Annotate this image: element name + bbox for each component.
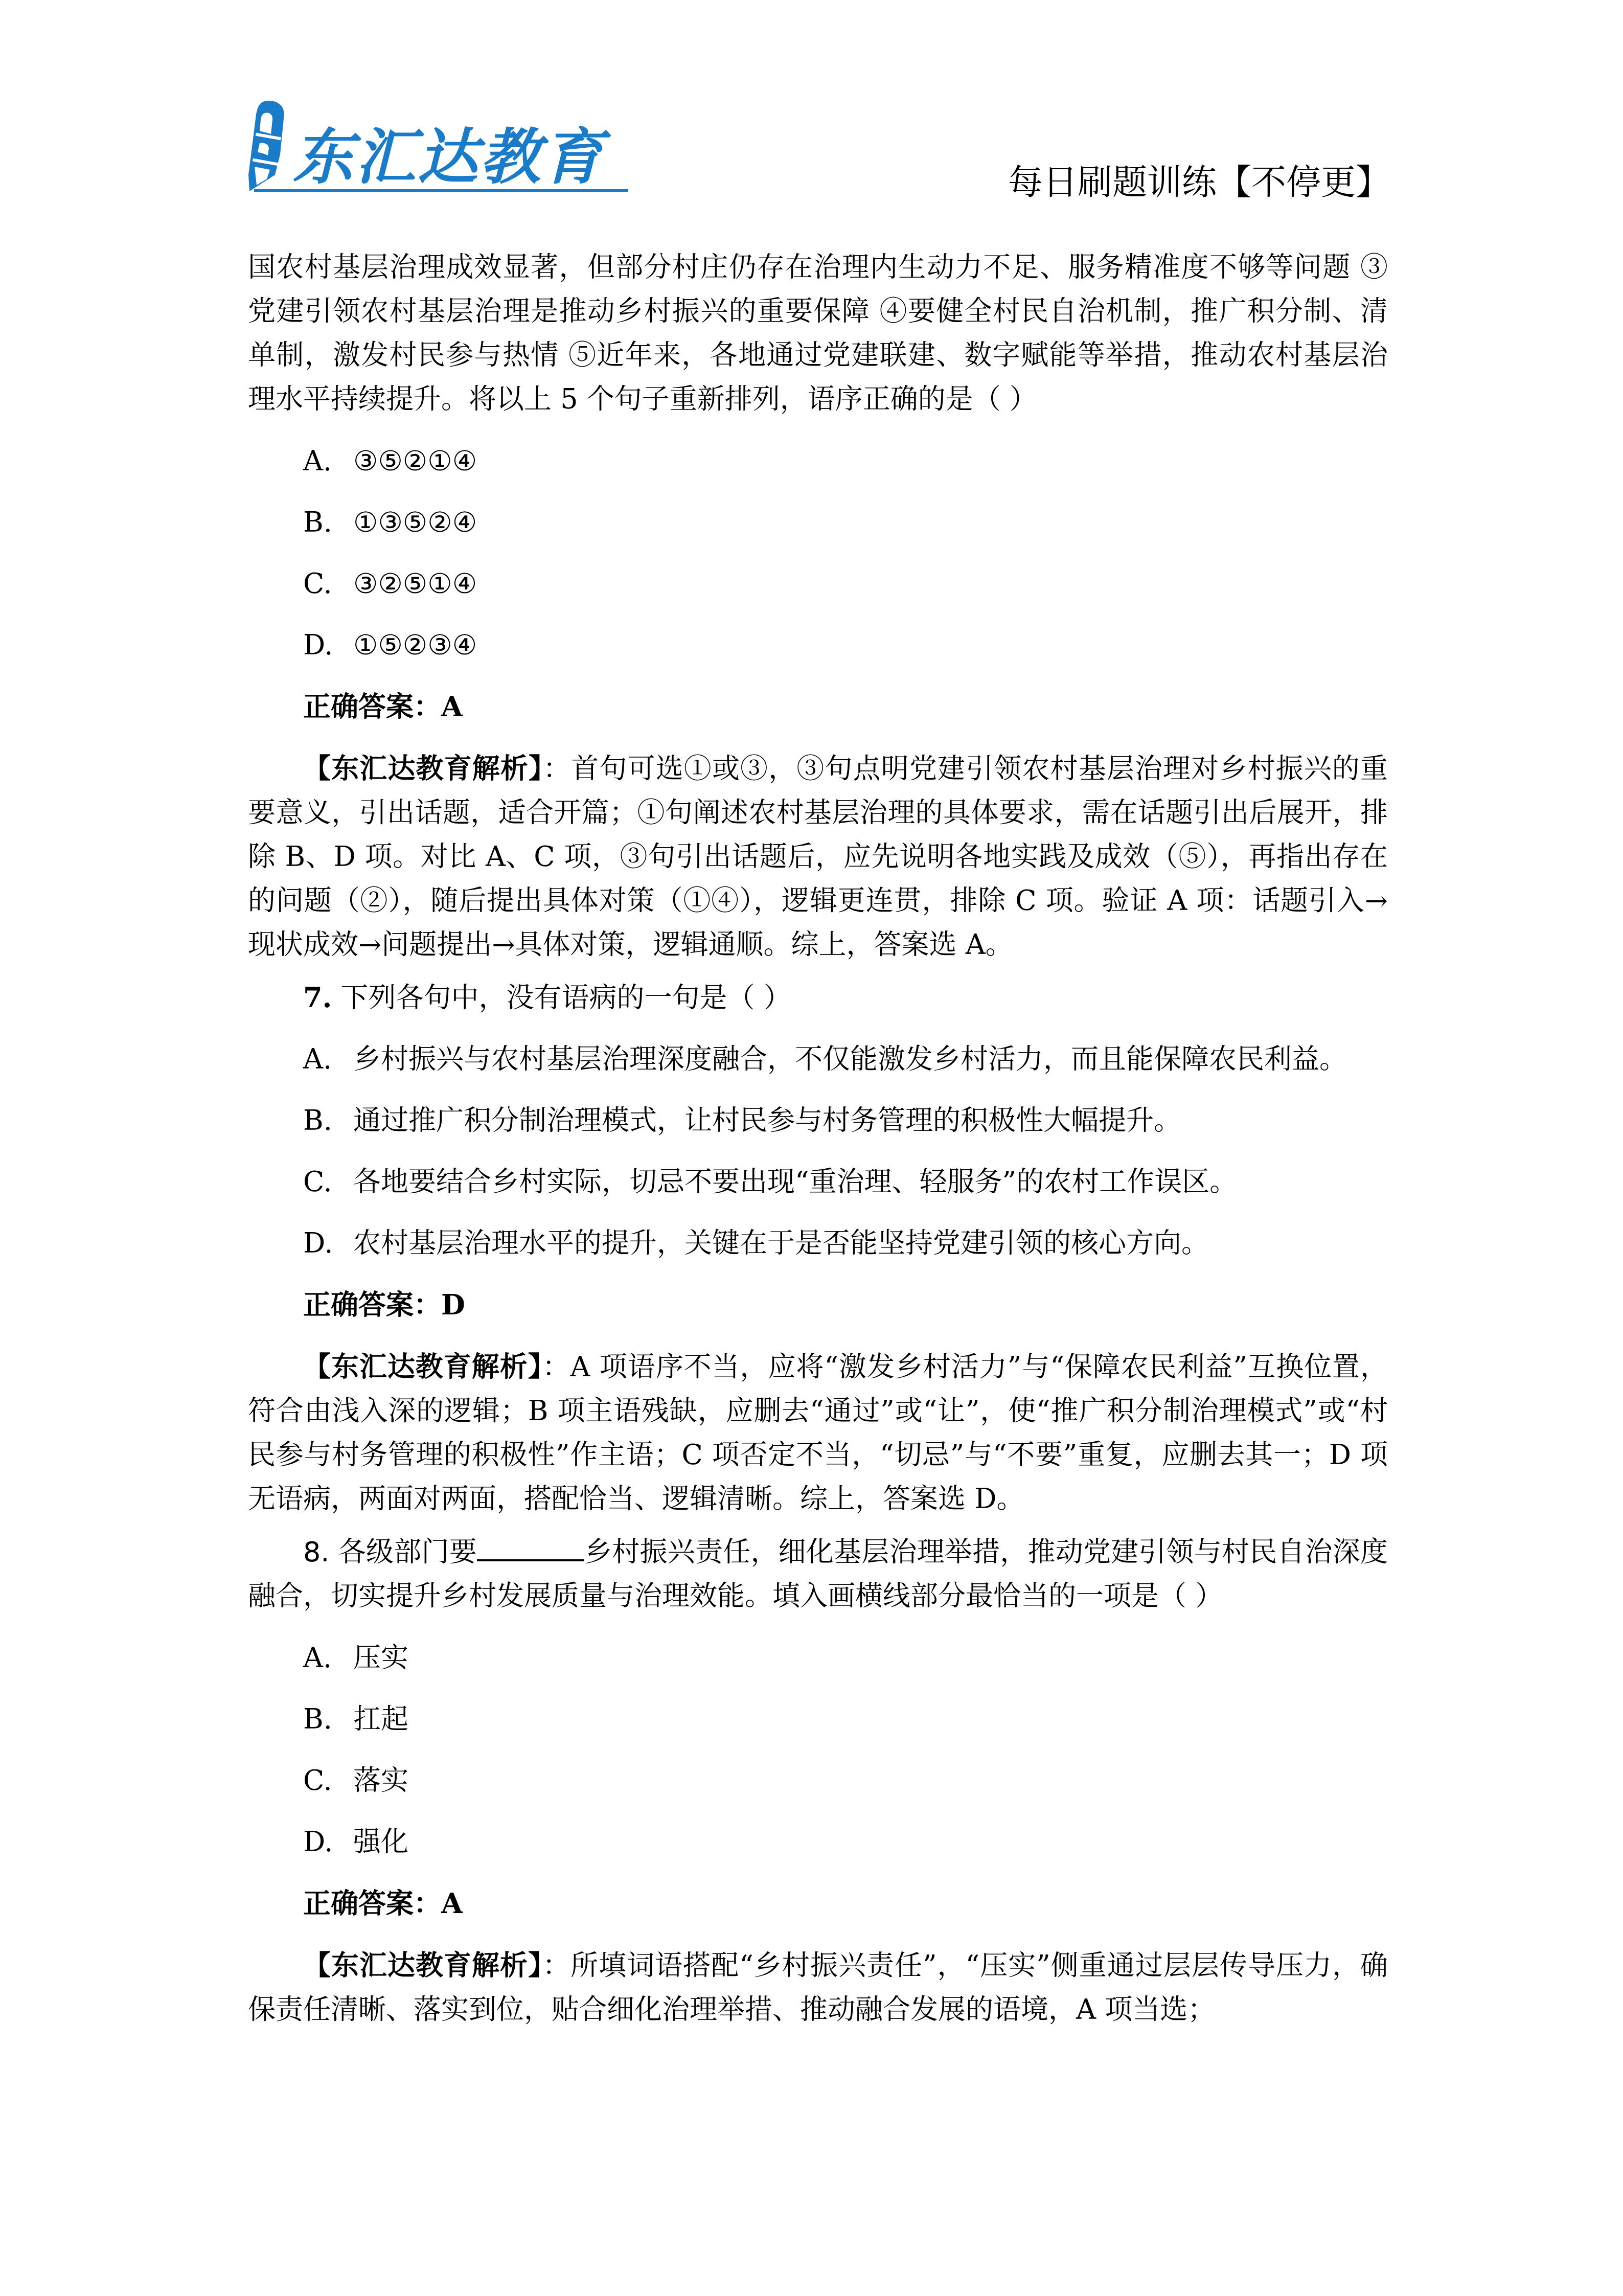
option-text: 各地要结合乡村实际，切忌不要出现“重治理、轻服务”的农村工作误区。 (353, 1166, 1237, 1198)
q8-option-b: B.扛起 (248, 1689, 1388, 1750)
document-page: 东汇达教育 每日刷题训练【不停更】 国农村基层治理成效显著，但部分村庄仍存在治理… (0, 0, 1623, 2296)
option-label: D. (303, 615, 353, 676)
option-label: A. (303, 430, 353, 492)
question-7-stem: 7. 下列各句中，没有语病的一句是（ ） (248, 967, 1388, 1029)
option-label: D. (303, 1811, 353, 1873)
logo-text: 东汇达教育 (293, 124, 605, 190)
q8-option-c: C.落实 (248, 1750, 1388, 1811)
answer-value: A (441, 690, 463, 723)
answer-value: D (441, 1288, 465, 1321)
answer-value: A (441, 1887, 463, 1920)
q7-option-a: A.乡村振兴与农村基层治理深度融合，不仅能激发乡村活力，而且能保障农民利益。 (248, 1029, 1388, 1090)
q6-option-d: D.①⑤②③④ (248, 615, 1388, 676)
fill-blank (477, 1535, 584, 1561)
option-label: D. (303, 1213, 353, 1274)
q7-option-d: D.农村基层治理水平的提升，关键在于是否能坚持党建引领的核心方向。 (248, 1213, 1388, 1274)
option-text: 通过推广积分制治理模式，让村民参与村务管理的积极性大幅提升。 (353, 1104, 1181, 1136)
option-label: B. (303, 492, 353, 553)
q8-answer: 正确答案：A (248, 1873, 1388, 1934)
option-label: B. (303, 1689, 353, 1750)
q6-answer: 正确答案：A (248, 676, 1388, 737)
q6-option-a: A.③⑤②①④ (248, 430, 1388, 492)
option-text: 乡村振兴与农村基层治理深度融合，不仅能激发乡村活力，而且能保障农民利益。 (353, 1043, 1347, 1075)
answer-label: 正确答案： (303, 690, 441, 723)
header-title: 每日刷题训练【不停更】 (1008, 163, 1390, 203)
q8-option-d: D.强化 (248, 1811, 1388, 1873)
question-8-stem: 8. 各级部门要乡村振兴责任，细化基层治理举措，推动党建引领与村民自治深度融合，… (248, 1530, 1388, 1618)
document-body: 国农村基层治理成效显著，但部分村庄仍存在治理内生动力不足、服务精准度不够等问题 … (248, 245, 1388, 2032)
q8-option-a: A.压实 (248, 1627, 1388, 1689)
option-text: 落实 (353, 1764, 408, 1797)
option-text: 压实 (353, 1642, 408, 1674)
analysis-tag: 【东汇达教育解析】 (303, 1949, 542, 1982)
question-6-stem: 国农村基层治理成效显著，但部分村庄仍存在治理内生动力不足、服务精准度不够等问题 … (248, 245, 1388, 421)
q7-analysis: 【东汇达教育解析】：A 项语序不当，应将“激发乡村活力”与“保障农民利益”互换位… (248, 1345, 1388, 1521)
q7-option-b: B.通过推广积分制治理模式，让村民参与村务管理的积极性大幅提升。 (248, 1090, 1388, 1151)
option-label: C. (303, 553, 353, 615)
option-text: ③②⑤①④ (353, 567, 477, 600)
analysis-tag: 【东汇达教育解析】 (303, 752, 543, 785)
option-label: B. (303, 1090, 353, 1151)
question-text: 下列各句中，没有语病的一句是（ ） (341, 982, 791, 1014)
option-label: C. (303, 1151, 353, 1213)
option-label: A. (303, 1627, 353, 1689)
brand-logo: 东汇达教育 (244, 98, 633, 195)
q6-option-c: C.③②⑤①④ (248, 553, 1388, 615)
logo-underline (254, 189, 628, 192)
q6-option-b: B.①③⑤②④ (248, 492, 1388, 553)
pencil-icon (244, 98, 290, 195)
option-text: 扛起 (353, 1703, 408, 1735)
answer-label: 正确答案： (303, 1887, 441, 1920)
option-label: C. (303, 1750, 353, 1811)
option-text: ①③⑤②④ (353, 506, 477, 538)
option-text: 农村基层治理水平的提升，关键在于是否能坚持党建引领的核心方向。 (353, 1227, 1209, 1259)
option-text: ①⑤②③④ (353, 629, 477, 661)
q6-analysis: 【东汇达教育解析】：首句可选①或③，③句点明党建引领农村基层治理对乡村振兴的重要… (248, 746, 1388, 967)
answer-label: 正确答案： (303, 1288, 441, 1321)
option-text: ③⑤②①④ (353, 445, 477, 477)
q7-option-c: C.各地要结合乡村实际，切忌不要出现“重治理、轻服务”的农村工作误区。 (248, 1151, 1388, 1213)
option-label: A. (303, 1029, 353, 1090)
analysis-tag: 【东汇达教育解析】 (303, 1350, 542, 1383)
question-number: 7. (303, 981, 332, 1014)
question-text-before-blank: 各级部门要 (338, 1536, 477, 1568)
q8-analysis: 【东汇达教育解析】：所填词语搭配“乡村振兴责任”，“压实”侧重通过层层传导压力，… (248, 1943, 1388, 2032)
question-number: 8. (303, 1536, 330, 1568)
option-text: 强化 (353, 1826, 408, 1858)
q7-answer: 正确答案：D (248, 1274, 1388, 1335)
